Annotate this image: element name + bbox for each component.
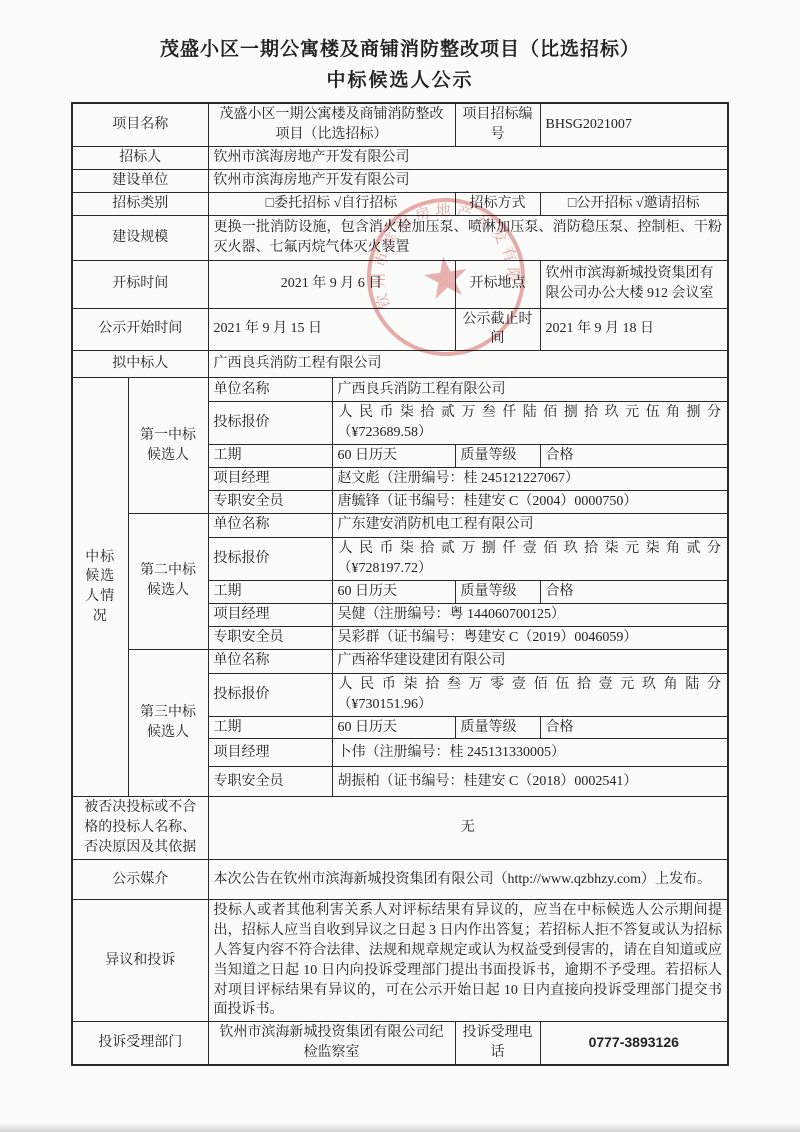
candidate-safety-label: 专职安全员 (208, 491, 332, 514)
candidate-3-rank: 第三中标候选人 (128, 649, 208, 797)
quality-grade-label: 质量等级 (455, 445, 540, 468)
candidate-3-manager: 卜伟（注册编号：桂 245131330005） (332, 739, 728, 767)
candidate-2-price: 人民币柒拾贰万捌仟壹佰玖拾柒元柒角贰分 （¥728197.72） (332, 537, 728, 580)
candidate-unit-label: 单位名称 (208, 378, 332, 402)
builder-value: 钦州市滨海房地产开发有限公司 (208, 169, 728, 192)
complaint-phone-label: 投诉受理电话 (455, 1022, 540, 1065)
candidate-1-duration: 60 日历天 (332, 445, 455, 468)
candidate-1-manager: 赵文彪（注册编号：桂 245121227067） (332, 468, 728, 491)
rejected-label: 被否决投标或不合格的投标人名称、否决原因及其依据 (72, 797, 208, 860)
scale-label: 建设规模 (72, 215, 208, 260)
tender-method-label: 招标方式 (455, 192, 540, 215)
candidate-duration-label: 工期 (208, 580, 332, 603)
candidate-3-quality: 合格 (540, 716, 728, 739)
candidate-2-rank: 第二中标候选人 (128, 513, 208, 649)
candidate-2-safety: 吴彩群（证书编号：粤建安 C（2019）0046059） (332, 626, 728, 649)
document-header: 茂盛小区一期公寓楼及商铺消防整改项目（比选招标） 中标候选人公示 (0, 0, 800, 95)
candidate-manager-label: 项目经理 (208, 739, 332, 767)
tenderer-label: 招标人 (72, 146, 208, 169)
price-figure: （¥723689.58） (338, 423, 723, 443)
page-title: 茂盛小区一期公寓楼及商铺消防整改项目（比选招标） (0, 36, 800, 65)
quality-grade-label: 质量等级 (455, 580, 540, 603)
candidate-1-price: 人民币柒拾贰万叁仟陆佰捌拾玖元伍角捌分 （¥723689.58） (332, 402, 728, 445)
objection-label: 异议和投诉 (72, 900, 208, 1022)
candidate-1-safety: 唐毓锋（证书编号：桂建安 C（2004）0000750） (332, 491, 728, 514)
tender-method-value: □公开招标 √邀请招标 (540, 192, 728, 215)
bid-code-value: BHSG2021007 (540, 103, 728, 146)
candidate-duration-label: 工期 (208, 445, 332, 468)
candidate-unit-label: 单位名称 (208, 649, 332, 673)
candidate-1-quality: 合格 (540, 445, 728, 468)
price-words: 人民币柒拾叁万零壹佰伍拾壹元玖角陆分 (338, 675, 723, 695)
announcement-table: 项目名称 茂盛小区一期公寓楼及商铺消防整改项目（比选招标） 项目招标编号 BHS… (71, 102, 729, 1066)
publicity-start-value: 2021 年 9 月 15 日 (208, 308, 455, 351)
candidate-safety-label: 专职安全员 (208, 626, 332, 649)
proposed-winner-label: 拟中标人 (72, 351, 208, 378)
media-value: 本次公告在钦州市滨海新城投资集团有限公司（http://www.qzbhzy.c… (208, 860, 728, 900)
candidate-price-label: 投标报价 (208, 402, 332, 445)
candidate-3-unit: 广西裕华建设建团有限公司 (332, 649, 728, 673)
tender-type-label: 招标类别 (72, 192, 208, 215)
candidate-2-manager: 吴健（注册编号：粤 144060700125） (332, 603, 728, 626)
candidate-3-price: 人民币柒拾叁万零壹佰伍拾壹元玖角陆分 （¥730151.96） (332, 673, 728, 716)
publicity-end-value: 2021 年 9 月 18 日 (540, 308, 728, 351)
complaint-phone-value: 0777-3893126 (540, 1022, 728, 1065)
bid-code-label: 项目招标编号 (455, 103, 540, 146)
complaint-dept-value: 钦州市滨海新城投资集团有限公司纪检监察室 (208, 1022, 455, 1065)
proposed-winner-value: 广西良兵消防工程有限公司 (208, 351, 728, 378)
candidate-price-label: 投标报价 (208, 537, 332, 580)
rejected-value: 无 (208, 797, 728, 860)
scanned-document-page: 茂盛小区一期公寓楼及商铺消防整改项目（比选招标） 中标候选人公示 项目名称 茂盛… (0, 0, 800, 1132)
price-words: 人民币柒拾贰万叁仟陆佰捌拾玖元伍角捌分 (338, 403, 723, 423)
tender-type-value: □委托招标 √自行招标 (208, 192, 455, 215)
open-time-value: 2021 年 9 月 6 日 (208, 260, 455, 308)
price-figure: （¥730151.96） (338, 695, 723, 715)
candidate-3-safety: 胡振柏（证书编号：桂建安 C（2018）0002541） (332, 767, 728, 797)
candidate-2-duration: 60 日历天 (332, 580, 455, 603)
open-place-label: 开标地点 (455, 260, 540, 308)
publicity-end-label: 公示截止时间 (455, 308, 540, 351)
complaint-dept-label: 投诉受理部门 (72, 1022, 208, 1065)
candidate-2-unit: 广东建安消防机电工程有限公司 (332, 513, 728, 537)
candidates-section-label: 中标候选人情况 (72, 378, 128, 797)
project-name-value: 茂盛小区一期公寓楼及商铺消防整改项目（比选招标） (208, 103, 455, 146)
candidate-1-unit: 广西良兵消防工程有限公司 (332, 378, 728, 402)
tenderer-value: 钦州市滨海房地产开发有限公司 (208, 146, 728, 169)
project-name-label: 项目名称 (72, 103, 208, 146)
price-words: 人民币柒拾贰万捌仟壹佰玖拾柒元柒角贰分 (338, 539, 723, 559)
candidate-safety-label: 专职安全员 (208, 767, 332, 797)
page-subtitle: 中标候选人公示 (0, 67, 800, 96)
candidate-3-duration: 60 日历天 (332, 716, 455, 739)
candidate-1-rank: 第一中标候选人 (128, 378, 208, 514)
builder-label: 建设单位 (72, 169, 208, 192)
candidate-duration-label: 工期 (208, 716, 332, 739)
candidate-manager-label: 项目经理 (208, 603, 332, 626)
open-time-label: 开标时间 (72, 260, 208, 308)
candidate-unit-label: 单位名称 (208, 513, 332, 537)
objection-value: 投标人或者其他利害关系人对评标结果有异议的，应当在中标候选人公示期间提出，招标人… (208, 900, 728, 1022)
open-place-value: 钦州市滨海新城投资集团有限公司办公大楼 912 会议室 (540, 260, 728, 308)
quality-grade-label: 质量等级 (455, 716, 540, 739)
publicity-start-label: 公示开始时间 (72, 308, 208, 351)
media-label: 公示媒介 (72, 860, 208, 900)
candidate-manager-label: 项目经理 (208, 468, 332, 491)
price-figure: （¥728197.72） (338, 559, 723, 579)
candidate-2-quality: 合格 (540, 580, 728, 603)
scale-value: 更换一批消防设施，包含消火栓加压泵、喷淋加压泵、消防稳压泵、控制柜、干粉灭火器、… (208, 215, 728, 260)
candidate-price-label: 投标报价 (208, 673, 332, 716)
